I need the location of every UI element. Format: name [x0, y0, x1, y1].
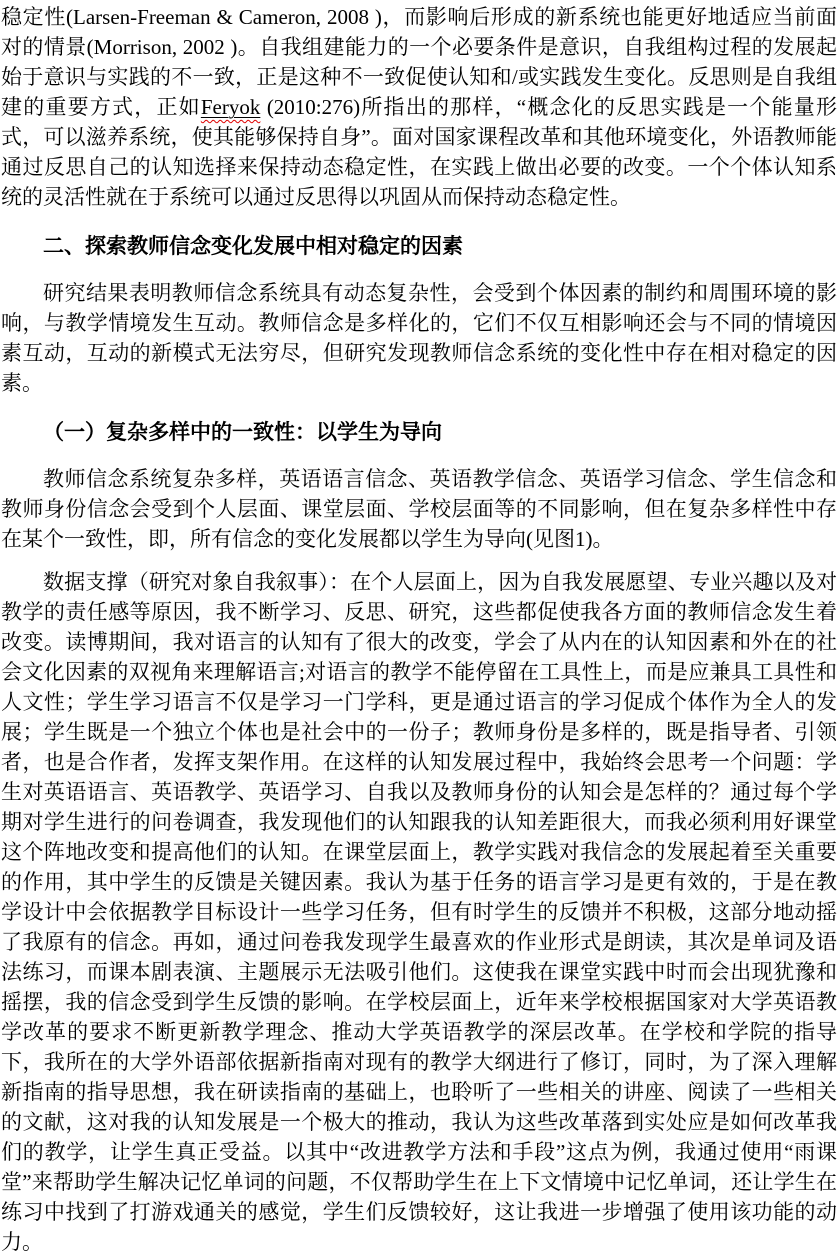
paragraph-continuation: 稳定性(Larsen-Freeman & Cameron, 2008 )，而影响… — [1, 2, 837, 212]
underlined-word: Feryok — [201, 95, 261, 119]
document-page: 稳定性(Larsen-Freeman & Cameron, 2008 )，而影响… — [0, 0, 838, 1256]
subsection-heading: （一）复杂多样中的一致性：以学生为导向 — [1, 417, 837, 447]
paragraph: 教师信念系统复杂多样，英语语言信念、英语教学信念、英语学习信念、学生信念和教师身… — [1, 464, 837, 554]
paragraph: 研究结果表明教师信念系统具有动态复杂性，会受到个体因素的制约和周围环境的影响，与… — [1, 278, 837, 398]
spellcheck-underline-word: Feryok — [201, 95, 261, 119]
section-heading: 二、探索教师信念变化发展中相对稳定的因素 — [1, 231, 837, 261]
paragraph: 数据支撑（研究对象自我叙事）：在个人层面上，因为自我发展愿望、专业兴趣以及对教学… — [1, 567, 837, 1256]
